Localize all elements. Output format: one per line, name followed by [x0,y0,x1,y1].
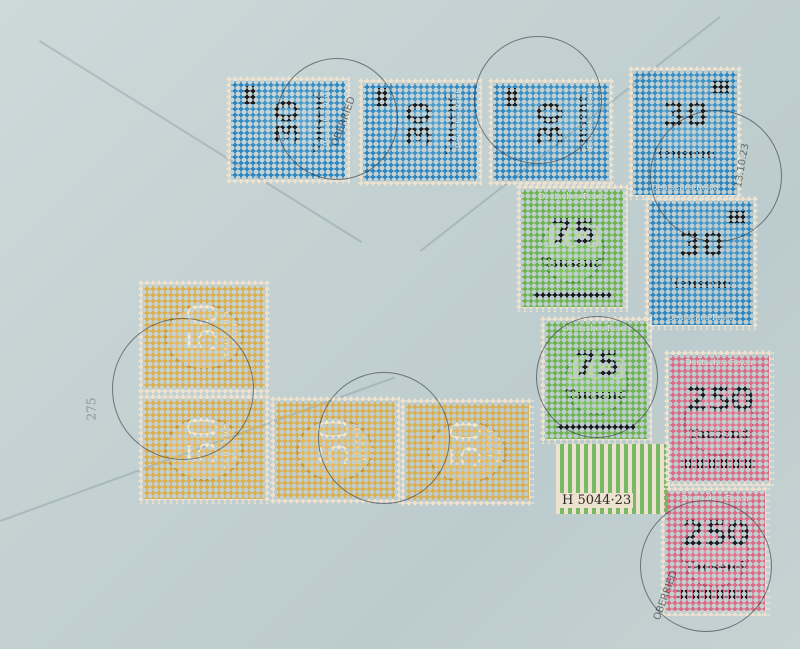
postmark [318,372,450,504]
postmark [536,316,658,438]
envelope: 30 Tausend Deutsches Reich 30 Tausend De… [0,0,800,649]
sheet-margin-strip: H 5044·23 [556,444,670,514]
postmark [112,318,254,460]
postmark [474,36,602,164]
pencil-note: 275 [84,398,98,421]
stamp-pink-250-tausend: Deutsches Reich 250 Tausend [664,350,774,486]
postmark [276,58,398,180]
stamp-green-75-tausend: Deutsches Reich 100 75 Tausend [516,184,628,312]
postmark [650,110,782,242]
